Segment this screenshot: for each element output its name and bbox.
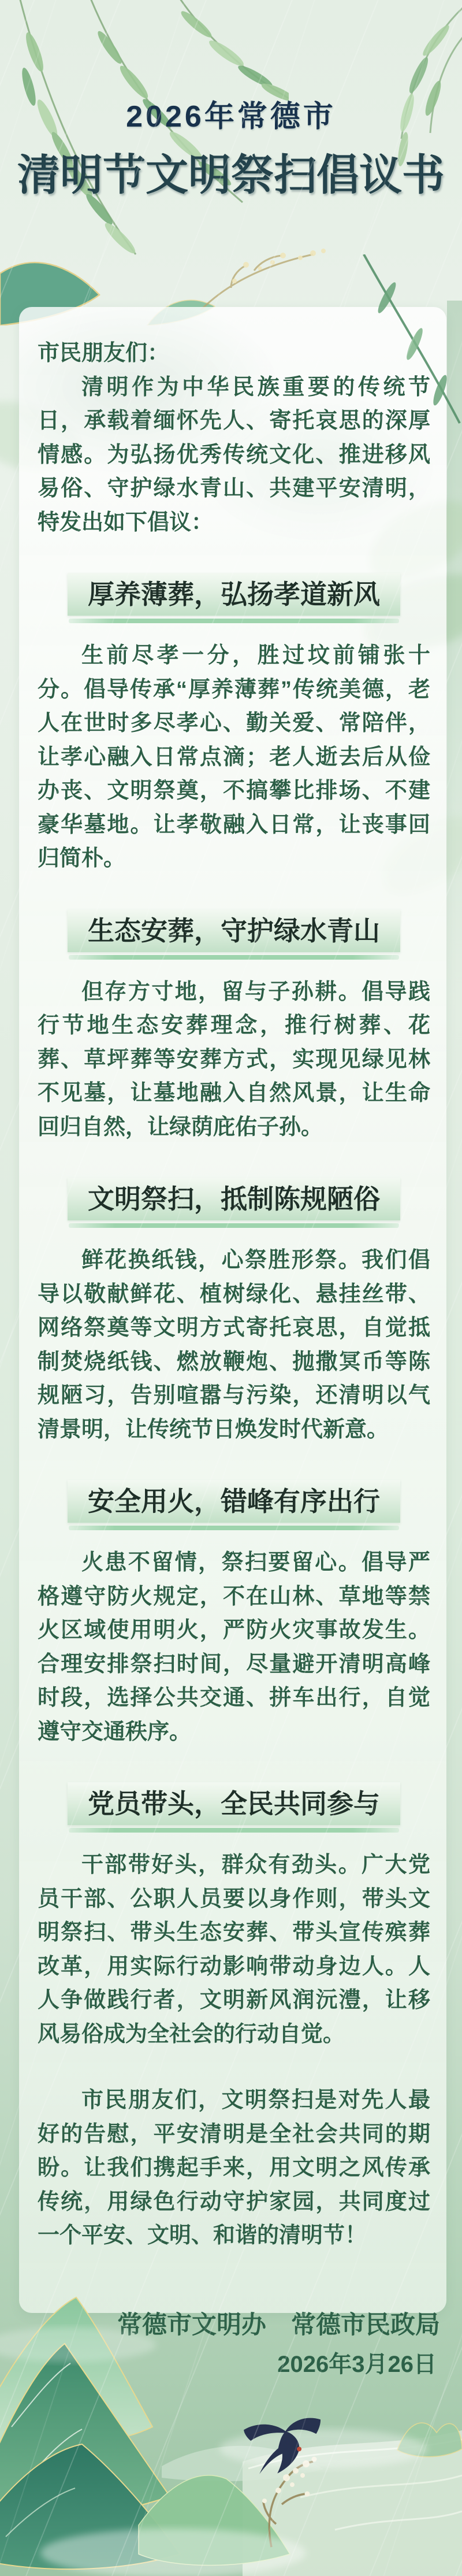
intro-paragraph: 清明作为中华民族重要的传统节日，承载着缅怀先人、寄托哀思的深厚情感。为弘扬优秀传… (38, 371, 430, 540)
section-4-body: 火患不留情，祭扫要留心。倡导严格遵守防火规定，不在山林、草地等禁火区域使用明火，… (38, 1546, 430, 1749)
section-1-banner: 厚养薄葬，弘扬孝道新风 (68, 573, 400, 616)
swallow-icon (239, 2413, 331, 2485)
section-5-body: 干部带好头，群众有劲头。广大党员干部、公职人员要以身作则，带头文明祭扫、带头生态… (38, 1848, 430, 2051)
proposal-card: 市民朋友们： 清明作为中华民族重要的传统节日，承载着缅怀先人、寄托哀思的深厚情感… (19, 307, 446, 2313)
section-3-title: 文明祭扫，抵制陈规陋俗 (88, 1185, 380, 1214)
closing-paragraph: 市民朋友们，文明祭扫是对先人最好的告慰，平安清明是全社会共同的期盼。让我们携起手… (38, 2083, 430, 2253)
section-5: 党员带头，全民共同参与 干部带好头，群众有劲头。广大党员干部、公职人员要以身作则… (38, 1782, 430, 2051)
section-3: 文明祭扫，抵制陈规陋俗 鲜花换纸钱，心祭胜形祭。我们倡导以敬献鲜花、植树绿化、悬… (38, 1178, 430, 1446)
section-2-body: 但存方寸地，留与子孙耕。倡导践行节地生态安葬理念，推行树葬、花葬、草坪葬等安葬方… (38, 975, 430, 1145)
section-4: 安全用火，错峰有序出行 火患不留情，祭扫要留心。倡导严格遵守防火规定，不在山林、… (38, 1480, 430, 1749)
qingming-poster: 2026年常德市 清明节文明祭扫倡议书 市民朋友们： 清明作为中华民族重要的传统… (0, 0, 462, 2576)
poster-title-main: 清明节文明祭扫倡议书 (0, 153, 462, 199)
section-2-banner: 生态安葬，守护绿水青山 (68, 909, 400, 952)
section-1-body: 生前尽孝一分，胜过坟前铺张十分。倡导传承“厚养薄葬”传统美德，老人在世时多尽孝心… (38, 639, 430, 876)
poster-title-year-city: 2026年常德市 (0, 102, 462, 132)
blossom-twig (191, 230, 335, 311)
right-edge-tone-band (447, 301, 462, 994)
section-5-title: 党员带头，全民共同参与 (88, 1789, 380, 1819)
section-2-title: 生态安葬，守护绿水青山 (88, 916, 380, 946)
section-4-banner: 安全用火，错峰有序出行 (68, 1480, 400, 1523)
issuer-signature: 常德市文明办 常德市民政局 (117, 2311, 440, 2340)
issue-date: 2026年3月26日 (277, 2351, 437, 2378)
section-1-title: 厚养薄葬，弘扬孝道新风 (88, 580, 380, 609)
section-5-banner: 党员带头，全民共同参与 (68, 1782, 400, 1825)
section-1: 厚养薄葬，弘扬孝道新风 生前尽孝一分，胜过坟前铺张十分。倡导传承“厚养薄葬”传统… (38, 573, 430, 876)
greeting-line: 市民朋友们： (38, 336, 430, 371)
section-3-body: 鲜花换纸钱，心祭胜形祭。我们倡导以敬献鲜花、植树绿化、悬挂丝带、网络祭奠等文明方… (38, 1243, 430, 1446)
section-3-banner: 文明祭扫，抵制陈规陋俗 (68, 1178, 400, 1220)
section-2: 生态安葬，守护绿水青山 但存方寸地，留与子孙耕。倡导践行节地生态安葬理念，推行树… (38, 909, 430, 1145)
section-4-title: 安全用火，错峰有序出行 (88, 1487, 380, 1516)
